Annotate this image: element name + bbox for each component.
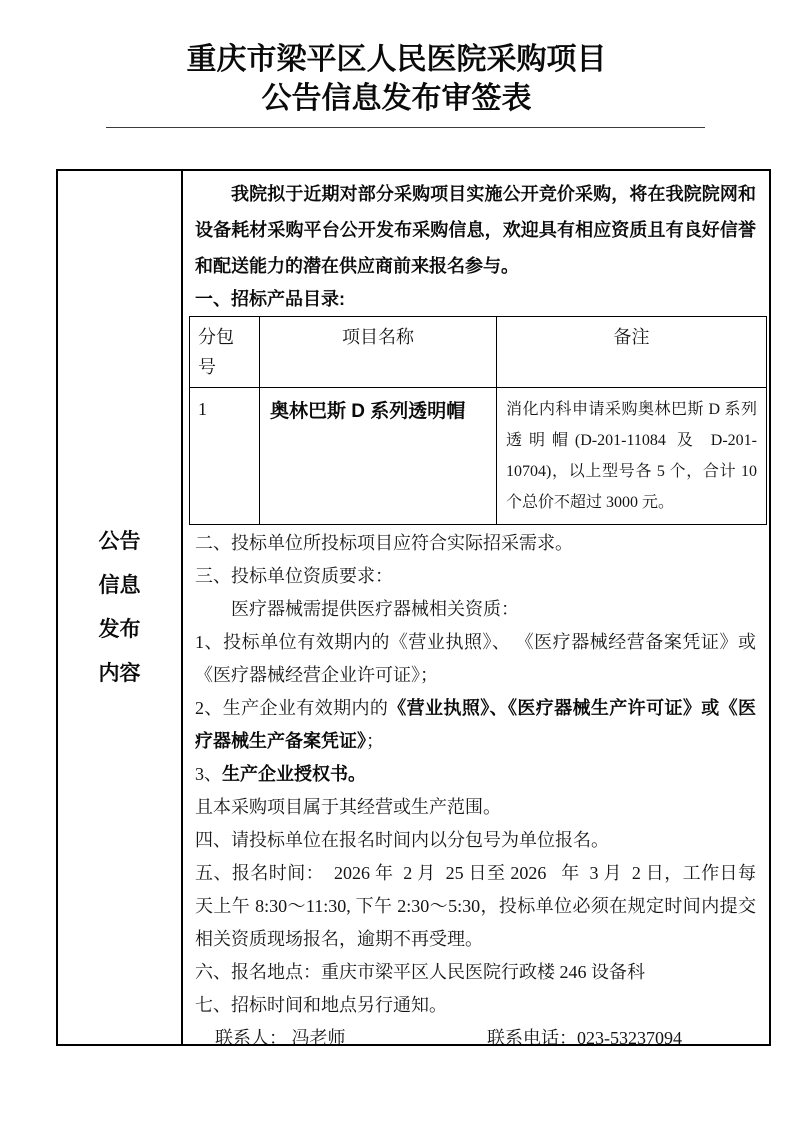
- approval-form-table: 公告 信息 发布 内容 我院拟于近期对部分采购项目实施公开竞价采购，将在我院院网…: [56, 169, 771, 1046]
- text-segment: 七、招标时间和地点另行通知。: [195, 995, 447, 1015]
- row-label-line-4: 内容: [99, 662, 141, 686]
- title-divider: [106, 127, 705, 128]
- catalog-table: 分包号 项目名称 备注 1 奥林巴斯 D 系列透明帽 消化内科申请采购奥林巴斯 …: [189, 316, 767, 525]
- paragraph-sec4: 四、请投标单位在报名时间内以分包号为单位报名。: [195, 824, 756, 857]
- text-segment: 医疗器械需提供医疗器械相关资质：: [231, 599, 519, 619]
- text-segment: 生产企业授权书。: [222, 764, 366, 784]
- paragraph-sec3: 三、投标单位资质要求：: [195, 560, 756, 593]
- paragraph-sec6: 六、报名地点：重庆市梁平区人民医院行政楼 246 设备科: [195, 956, 756, 989]
- text-segment: ；: [366, 731, 384, 751]
- paragraph-intro: 我院拟于近期对部分采购项目实施公开竞价采购，将在我院院网和设备耗材采购平台公开发…: [195, 176, 756, 284]
- header-package-no: 分包号: [190, 317, 260, 388]
- text-segment: 1、投标单位有效期内的《营业执照》、 《医疗器械经营备案凭证》或《医疗器械经营企…: [195, 632, 756, 685]
- contact-person-label: 联系人：: [215, 1028, 287, 1044]
- text-segment: 且本采购项目属于其经营或生产范围。: [195, 797, 501, 817]
- paragraph-sec3-note: 医疗器械需提供医疗器械相关资质：: [195, 593, 756, 626]
- cell-remark: 消化内科申请采购奥林巴斯 D 系列透明帽(D-201-11084 及 D-201…: [497, 388, 767, 525]
- paragraph-sec2: 二、投标单位所投标项目应符合实际招采需求。: [195, 527, 756, 560]
- page: 重庆市梁平区人民医院采购项目 公告信息发布审签表 公告 信息 发布 内容 我院拟…: [0, 0, 793, 1122]
- cell-project-name: 奥林巴斯 D 系列透明帽: [260, 388, 497, 525]
- contact-phone: 联系电话：023-53237094: [487, 1022, 682, 1044]
- announcement-content: 我院拟于近期对部分采购项目实施公开竞价采购，将在我院院网和设备耗材采购平台公开发…: [183, 171, 769, 1044]
- paragraph-item3: 3、生产企业授权书。: [195, 758, 756, 791]
- document-title: 重庆市梁平区人民医院采购项目 公告信息发布审签表: [0, 40, 793, 118]
- paragraph-scope: 且本采购项目属于其经营或生产范围。: [195, 791, 756, 824]
- document-title-line2: 公告信息发布审签表: [0, 79, 793, 118]
- header-remark: 备注: [497, 317, 767, 388]
- contact-line: 联系人： 冯老师 联系电话：023-53237094: [195, 1022, 756, 1044]
- row-label-line-1: 公告: [99, 530, 141, 554]
- paragraph-item2: 2、生产企业有效期内的《营业执照》、《医疗器械生产许可证》或《医疗器械生产备案凭…: [195, 692, 756, 758]
- catalog-header-row: 分包号 项目名称 备注: [190, 317, 767, 388]
- document-title-line1: 重庆市梁平区人民医院采购项目: [0, 40, 793, 79]
- contact-person-value: 冯老师: [287, 1028, 346, 1044]
- text-segment: 三、投标单位资质要求：: [195, 566, 393, 586]
- text-segment: 六、报名地点：重庆市梁平区人民医院行政楼 246 设备科: [195, 962, 645, 982]
- table-row: 1 奥林巴斯 D 系列透明帽 消化内科申请采购奥林巴斯 D 系列透明帽(D-20…: [190, 388, 767, 525]
- row-label-line-2: 信息: [99, 574, 141, 598]
- row-label-line-3: 发布: [99, 618, 141, 642]
- text-segment: 3、: [195, 764, 222, 784]
- paragraph-sec5: 五、报名时间： 2026 年 2 月 25 日至 2026 年 3 月 2 日，…: [195, 857, 756, 956]
- content-sections-block: 二、投标单位所投标项目应符合实际招采需求。三、投标单位资质要求：医疗器械需提供医…: [183, 527, 769, 1022]
- header-project-name: 项目名称: [260, 317, 497, 388]
- contact-person: 联系人： 冯老师: [215, 1022, 487, 1044]
- paragraph-item1: 1、投标单位有效期内的《营业执照》、 《医疗器械经营备案凭证》或《医疗器械经营企…: [195, 626, 756, 692]
- text-segment: 四、请投标单位在报名时间内以分包号为单位报名。: [195, 830, 609, 850]
- paragraph-catalog-heading: 一、招标产品目录:: [195, 284, 756, 314]
- text-segment: 二、投标单位所投标项目应符合实际招采需求。: [195, 533, 573, 553]
- content-intro-block: 我院拟于近期对部分采购项目实施公开竞价采购，将在我院院网和设备耗材采购平台公开发…: [183, 176, 769, 314]
- text-segment: 一、招标产品目录:: [195, 289, 345, 309]
- contact-phone-label: 联系电话：: [487, 1028, 577, 1044]
- text-segment: 2、生产企业有效期内的: [195, 698, 388, 718]
- paragraph-sec7: 七、招标时间和地点另行通知。: [195, 989, 756, 1022]
- contact-phone-value: 023-53237094: [577, 1028, 682, 1044]
- text-segment: 我院拟于近期对部分采购项目实施公开竞价采购，将在我院院网和设备耗材采购平台公开发…: [195, 184, 756, 276]
- row-label-cell: 公告 信息 发布 内容: [58, 171, 183, 1044]
- cell-package-no: 1: [190, 388, 260, 525]
- text-segment: 五、报名时间： 2026 年 2 月 25 日至 2026 年 3 月 2 日，…: [195, 863, 756, 949]
